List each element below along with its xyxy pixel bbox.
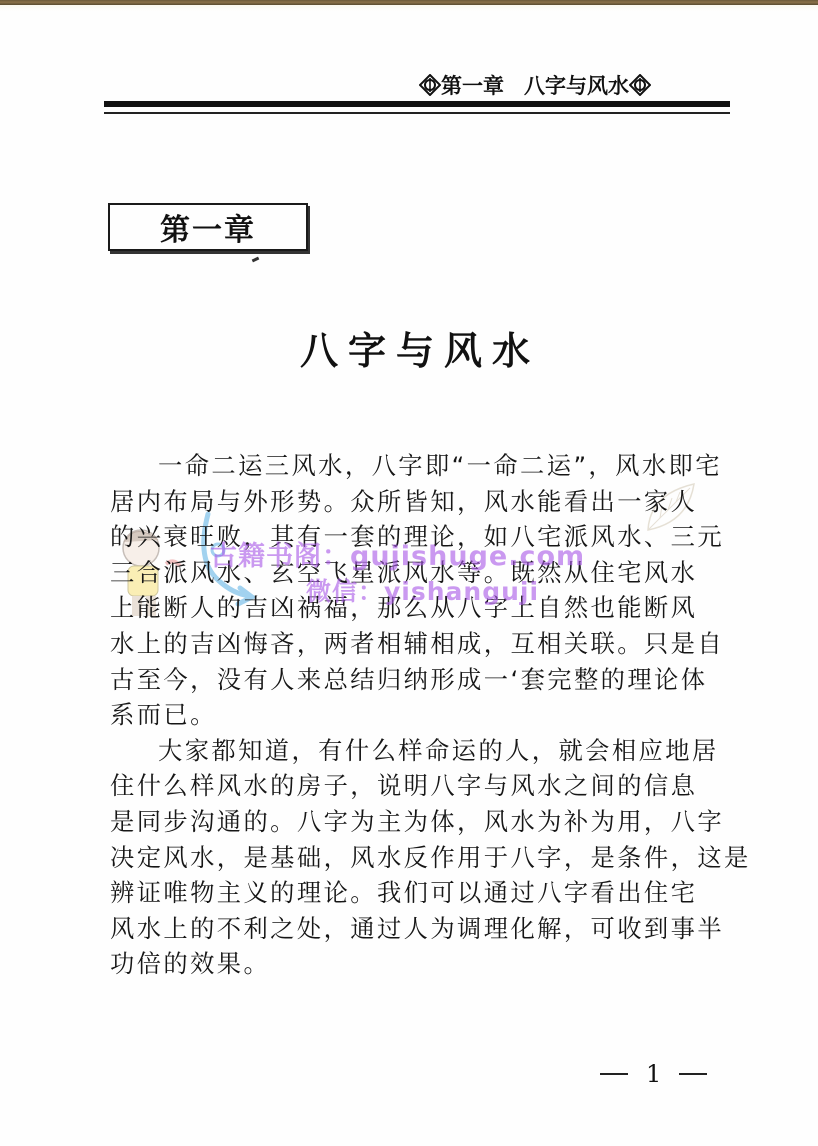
page-number-dash-left [600, 1073, 628, 1075]
decorative-tick [252, 257, 260, 263]
running-header: 第一章 八字与风水 [419, 68, 651, 102]
text-line: 决定风水，是基础，风水反作用于八字，是条件，这是 [110, 840, 740, 876]
text-line: 一命二运三风水，八字即“一命二运”，风水即宅 [110, 448, 740, 484]
text-line: 古至今，没有人来总结归纳形成一‘套完整的理论体 [110, 662, 740, 698]
text-line: 功倍的效果。 [110, 946, 740, 982]
text-line: 居内布局与外形势。众所皆知，风水能看出一家人 [110, 484, 740, 520]
body-text: 一命二运三风水，八字即“一命二运”，风水即宅 居内布局与外形势。众所皆知，风水能… [110, 448, 740, 982]
chapter-label: 第一章 [160, 205, 256, 249]
header-rule-thick [104, 101, 730, 107]
text-line: 是同步沟通的。八字为主为体，风水为补为用，八字 [110, 804, 740, 840]
running-header-chapter: 第一章 [441, 70, 504, 100]
diamond-ornament-icon [629, 74, 651, 96]
text-line: 辨证唯物主义的理论。我们可以通过八字看出住宅 [110, 875, 740, 911]
text-line: 的兴衰旺败，其有一套的理论，如八宅派风水、三元 [110, 519, 740, 555]
text-line: 水上的吉凶悔吝，两者相辅相成，互相关联。只是自 [110, 626, 740, 662]
text-line: 风水上的不利之处，通过人为调理化解，可收到事半 [110, 911, 740, 947]
text-line: 三合派风水、玄空飞星派风水等。既然从住宅风水 [110, 555, 740, 591]
chapter-title: 八字与风水 [300, 320, 540, 375]
running-header-title: 八字与风水 [524, 70, 629, 100]
chapter-label-box: 第一章 [108, 203, 308, 251]
text-line: 上能断人的吉凶祸福，那么从八字上自然也能断风 [110, 590, 740, 626]
text-line: 系而已。 [110, 697, 740, 733]
page-number-value: 1 [646, 1060, 661, 1088]
header-rule-thin [104, 112, 730, 114]
text-line: 大家都知道，有什么样命运的人，就会相应地居 [110, 733, 740, 769]
top-border-fade [0, 5, 818, 11]
diamond-ornament-icon [419, 74, 441, 96]
page-number: 1 [600, 1060, 707, 1088]
page-number-dash-right [679, 1073, 707, 1075]
text-line: 住什么样风水的房子，说明八字与风水之间的信息 [110, 768, 740, 804]
